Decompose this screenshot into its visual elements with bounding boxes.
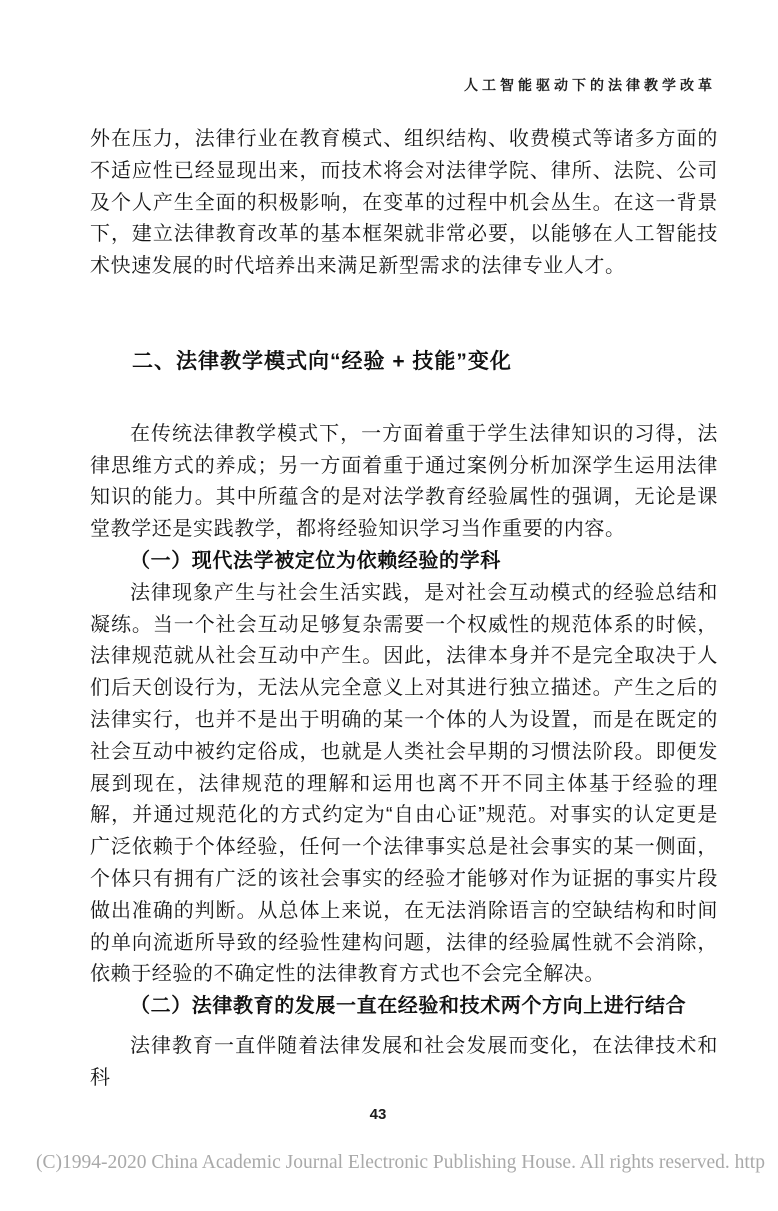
paragraph: 在传统法律教学模式下，一方面着重于学生法律知识的习得，法律思维方式的养成；另一方… — [90, 419, 718, 546]
paragraph: 法律教育一直伴随着法律发展和社会发展而变化，在法律技术和科 — [90, 1031, 718, 1095]
subsection-1-heading: （一）现代法学被定位为依赖经验的学科 — [90, 546, 718, 578]
publisher-watermark: (C)1994-2020 China Academic Journal Elec… — [36, 1152, 778, 1174]
running-head: 人工智能驱动下的法律教学改革 — [464, 75, 716, 95]
document-page: 人工智能驱动下的法律教学改革 外在压力，法律行业在教育模式、组织结构、收费模式等… — [0, 0, 778, 1211]
paragraph-continuation: 外在压力，法律行业在教育模式、组织结构、收费模式等诸多方面的不适应性已经显现出来… — [90, 124, 718, 283]
section-heading: 二、法律教学模式向“经验 + 技能”变化 — [90, 346, 718, 378]
page-number: 43 — [0, 1106, 756, 1123]
subsection-2-heading: （二）法律教育的发展一直在经验和技术两个方向上进行结合 — [90, 991, 718, 1023]
paragraph: 法律现象产生与社会生活实践，是对社会互动模式的经验总结和凝练。当一个社会互动足够… — [90, 578, 718, 991]
article-body: 外在压力，法律行业在教育模式、组织结构、收费模式等诸多方面的不适应性已经显现出来… — [90, 124, 718, 1095]
